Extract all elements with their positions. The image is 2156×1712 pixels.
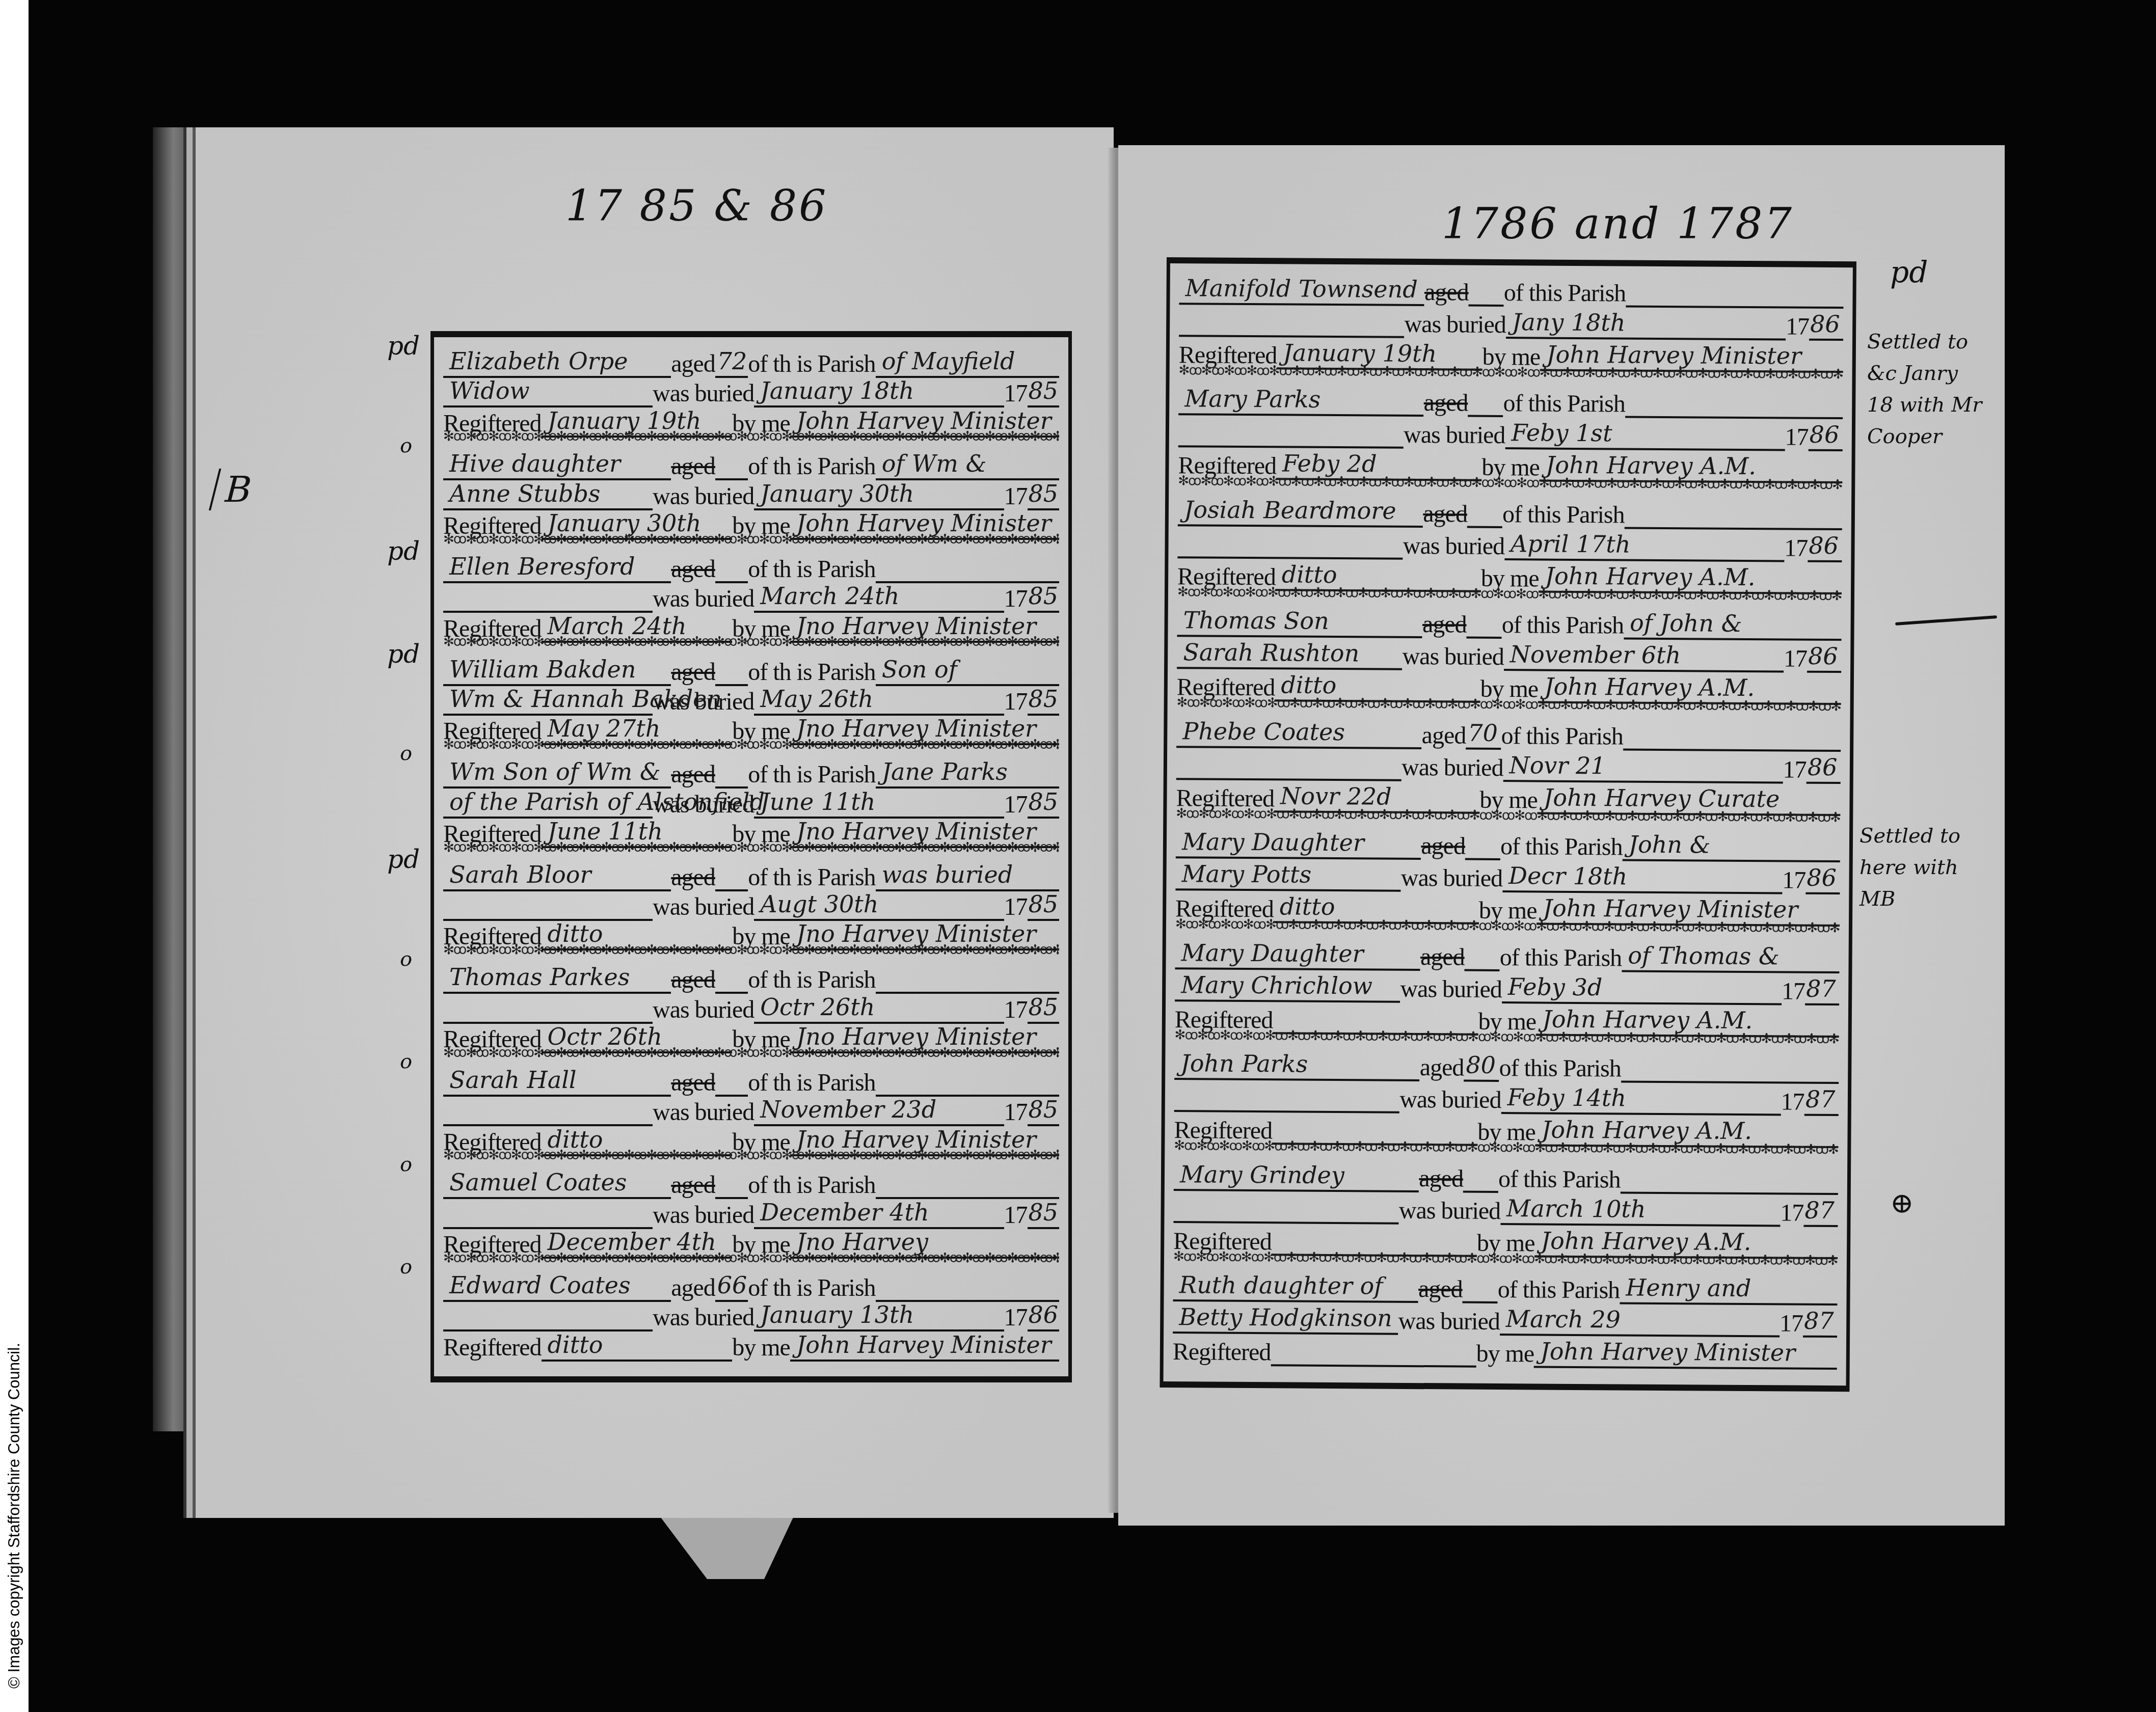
by-me-label: by me <box>732 1334 790 1362</box>
burial-entry: Mary Grindey aged of this Parish was bur… <box>1164 1150 1847 1265</box>
burial-year: 87 <box>1803 1306 1838 1338</box>
burial-entry: Sarah Bloor aged of th is Parish was bur… <box>434 851 1068 954</box>
burial-year: 86 <box>1807 752 1841 783</box>
by-me-label: by me <box>1476 1340 1534 1368</box>
age-value <box>1468 386 1503 417</box>
burial-entry: Manifold Townsend aged of this Parish wa… <box>1170 263 1853 378</box>
age-value <box>1466 607 1502 639</box>
burial-entry: Ruth daughter of aged of this Parish Hen… <box>1164 1261 1847 1376</box>
margin-mark-circle: o <box>400 947 412 971</box>
left-burial-register: Elizabeth Orpe aged 72 of th is Parish o… <box>430 331 1072 1382</box>
margin-mark-circle: o <box>400 1153 412 1176</box>
registered-label: Regiftered <box>1173 1338 1271 1366</box>
burial-entry: Mary Daughter aged of this Parish of Tho… <box>1166 928 1849 1043</box>
right-margin-note-pd: pd <box>1890 255 1928 289</box>
copyright-notice: © Images copyright Staffordshire County … <box>5 1343 23 1689</box>
year-prefix: 17 <box>1782 866 1805 894</box>
age-value <box>1463 1272 1498 1303</box>
year-prefix: 17 <box>1786 312 1809 340</box>
burial-year: 87 <box>1805 973 1840 1005</box>
age-value <box>1465 829 1501 860</box>
burial-year: 86 <box>1809 309 1844 340</box>
year-prefix: 17 <box>1780 1309 1803 1337</box>
margin-cross-circle-icon: ⊕ <box>1890 1187 1914 1220</box>
burial-year: 86 <box>1809 420 1843 451</box>
margin-mark-paid: pd <box>387 536 420 566</box>
year-prefix: 17 <box>1784 534 1808 562</box>
burial-entry: Josiah Beardmore aged of this Parish was… <box>1168 485 1851 600</box>
burial-entry: Edward Coates aged 66 of th is Parish wa… <box>434 1261 1068 1364</box>
entry-registered-row: Regiftered ditto by me John Harvey Minis… <box>443 1326 1059 1362</box>
year-prefix: 17 <box>1780 1199 1803 1227</box>
burial-entry: William Bakden aged of th is Parish Son … <box>434 645 1068 748</box>
age-value <box>1463 1161 1499 1192</box>
age-value <box>1467 496 1503 528</box>
registered-date <box>1271 1335 1476 1367</box>
right-margin-note-settled-cooper: Settled to &c Janry 18 with Mr Cooper <box>1867 326 1984 452</box>
right-burial-register: Manifold Townsend aged of this Parish wa… <box>1160 257 1856 1392</box>
burial-entry: Thomas Son aged of this Parish of John &… <box>1168 596 1851 711</box>
burial-year: 86 <box>1807 641 1842 673</box>
burial-entry: Thomas Parkes aged of th is Parish was b… <box>434 954 1068 1056</box>
year-prefix: 17 <box>1781 1088 1804 1116</box>
age-value: 80 <box>1464 1050 1499 1082</box>
burial-entry: Phebe Coates aged 70 of this Parish was … <box>1167 706 1850 822</box>
margin-mark-circle: o <box>400 1255 412 1279</box>
burial-year: 86 <box>1805 863 1840 894</box>
margin-mark-circle: o <box>400 742 412 765</box>
burial-year: 87 <box>1803 1195 1838 1227</box>
registered-date: ditto <box>542 1330 733 1362</box>
age-value: 70 <box>1466 718 1501 749</box>
left-page-heading: 17 85 & 86 <box>565 181 828 231</box>
copyright-strip: © Images copyright Staffordshire County … <box>0 0 29 1712</box>
age-value <box>1468 275 1504 306</box>
burial-entry: John Parks aged 80 of this Parish was bu… <box>1165 1039 1848 1154</box>
burial-entry: Hive daughter aged of th is Parish of Wm… <box>434 440 1068 543</box>
burial-entry: Mary Daughter aged of this Parish John &… <box>1166 818 1849 933</box>
burial-entry: Samuel Coates aged of th is Parish was b… <box>434 1159 1068 1262</box>
margin-mark-circle: o <box>400 434 412 457</box>
year-prefix: 17 <box>1785 423 1809 451</box>
minister-signature: John Harvey Minister <box>790 1330 1059 1362</box>
burial-entry: Elizabeth Orpe aged 72 of th is Parish o… <box>434 337 1068 440</box>
margin-mark-paid: pd <box>387 845 420 874</box>
year-prefix: 17 <box>1783 755 1807 783</box>
burial-year: 87 <box>1804 1084 1839 1116</box>
burial-entry: Wm Son of Wm & aged of th is Parish Jane… <box>434 748 1068 851</box>
right-margin-note-settled-mb: Settled to here with MB <box>1859 820 1997 915</box>
registered-label: Regiftered <box>443 1334 542 1362</box>
burial-entry: Sarah Hall aged of th is Parish was buri… <box>434 1056 1068 1159</box>
entry-registered-row: Regiftered by me John Harvey Minister <box>1173 1330 1837 1370</box>
margin-mark-circle: o <box>400 1050 412 1073</box>
burial-entry: Ellen Beresford aged of th is Parish was… <box>434 542 1068 645</box>
margin-mark-paid: pd <box>387 639 420 669</box>
age-value <box>1464 939 1500 971</box>
burial-year: 86 <box>1808 530 1842 562</box>
margin-mark-paid: pd <box>387 331 420 361</box>
minister-signature: John Harvey Minister <box>1534 1336 1837 1370</box>
right-page-heading: 1786 and 1787 <box>1442 199 1794 249</box>
year-prefix: 17 <box>1782 977 1805 1005</box>
year-prefix: 17 <box>1784 644 1807 672</box>
burial-entry: Mary Parks aged of this Parish was burie… <box>1169 374 1852 490</box>
